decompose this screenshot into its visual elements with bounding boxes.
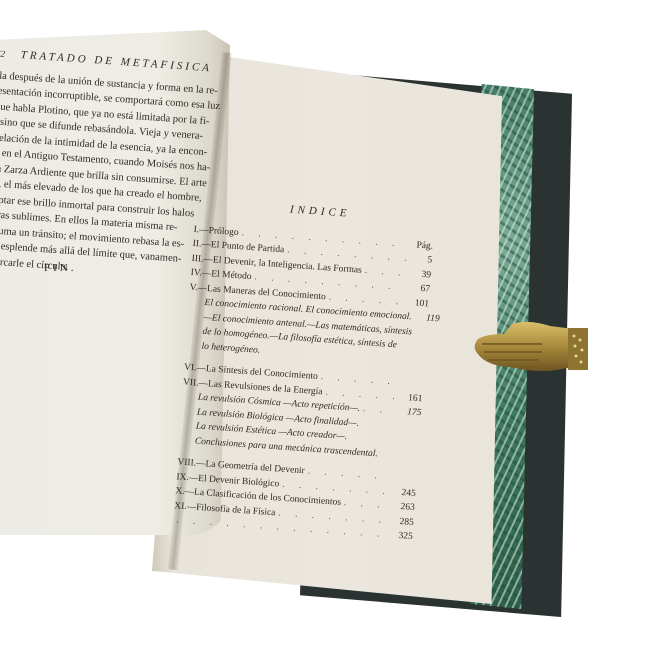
book-photo: 362 TRATADO DE METAFISICA sola después d… — [0, 0, 650, 650]
brass-hand-clip-icon — [472, 316, 590, 376]
page-number: 362 — [0, 48, 5, 59]
table-of-contents: INDICE I.—Prólogo Pág. II.—El Punto de P… — [173, 196, 436, 544]
closing-fin: FIN. — [44, 262, 76, 274]
